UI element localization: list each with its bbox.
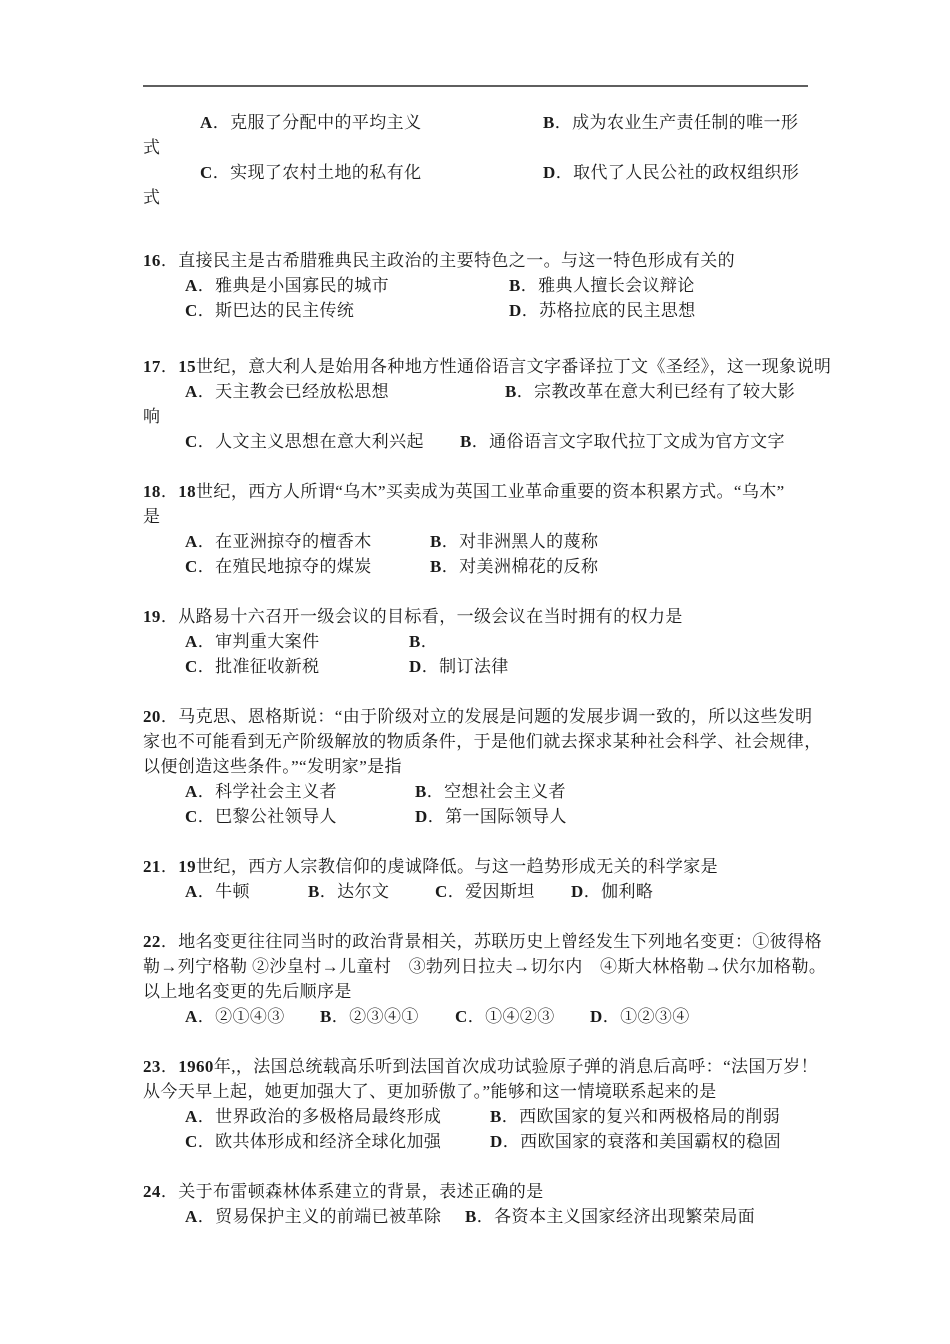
option-a: A．克服了分配中的平均主义 (200, 110, 422, 135)
latin-text: C (435, 882, 448, 901)
latin-text: 24 (143, 1182, 161, 1201)
option-c: C．斯巴达的民主传统 (185, 298, 354, 323)
option-a: A．天主教会已经放松思想 (185, 379, 389, 404)
question-23: 23．1960年,，法国总统载高乐听到法国首次成功试验原子弹的消息后高呼：“法国… (143, 1054, 833, 1154)
exam-page: A．克服了分配中的平均主义B．成为农业生产责任制的唯一形式C．实现了农村土地的私… (0, 0, 950, 1344)
option-c: C．实现了农村土地的私有化 (200, 160, 422, 185)
latin-text: C (185, 657, 198, 676)
latin-text: 20 (143, 707, 161, 726)
option-c: C．巴黎公社领导人 (185, 804, 337, 829)
latin-text: B (409, 632, 421, 651)
latin-text: B (460, 432, 472, 451)
option-d: D．制订法律 (409, 654, 509, 679)
text-line: 23．1960年,，法国总统载高乐听到法国首次成功试验原子弹的消息后高呼：“法国… (143, 1054, 833, 1079)
text-line: 以上地名变更的先后顺序是 (143, 979, 833, 1004)
latin-text: 22 (143, 932, 161, 951)
latin-text: A (185, 1007, 198, 1026)
question-stem-continued: 以上地名变更的先后顺序是 (143, 979, 833, 1004)
option-a: A．科学社会主义者 (185, 779, 337, 804)
text-line: 21．19世纪，西方人宗教信仰的虔诚降低。与这一趋势形成无关的科学家是 (143, 854, 833, 879)
option-b: B．雅典人擅长会议辩论 (509, 273, 695, 298)
question-20: 20．马克思、恩格斯说：“由于阶级对立的发展是问题的发展步调一致的，所以这些发明… (143, 704, 833, 829)
option-a: A．雅典是小国寡民的城市 (185, 273, 389, 298)
text-line: C．斯巴达的民主传统D．苏格拉底的民主思想 (143, 298, 833, 323)
option-d: D．①②③④ (590, 1004, 690, 1029)
latin-text: 18 (178, 482, 196, 501)
question-stem-continued: 家也不可能看到无产阶级解放的物质条件，于是他们就去探求某种社会科学、社会规律， (143, 729, 833, 754)
latin-text: C (185, 557, 198, 576)
option-d: D．第一国际领导人 (415, 804, 567, 829)
latin-text: 23 (143, 1057, 161, 1076)
latin-text: D (571, 882, 584, 901)
latin-text: D (543, 163, 556, 182)
option-d: D．西欧国家的衰落和美国霸权的稳固 (490, 1129, 781, 1154)
text-line: C．欧共体形成和经济全球化加强D．西欧国家的衰落和美国霸权的稳固 (143, 1129, 833, 1154)
option-a: A．贸易保护主义的前端已被革除 (185, 1204, 441, 1229)
text-line: A．在亚洲掠夺的檀香木B．对非洲黑人的蔑称 (143, 529, 833, 554)
option-c: C．人文主义思想在意大利兴起 (185, 429, 424, 454)
latin-text: 16 (143, 251, 161, 270)
question-stem: 21．19世纪，西方人宗教信仰的虔诚降低。与这一趋势形成无关的科学家是 (143, 854, 833, 879)
option-b-continued: 响 (143, 404, 833, 429)
question-22: 22．地名变更往往同当时的政治背景相关，苏联历史上曾经发生下列地名变更：①彼得格… (143, 929, 833, 1029)
latin-text: A (185, 1107, 198, 1126)
option-c: C．①④②③ (455, 1004, 555, 1029)
text-line: A．科学社会主义者B．空想社会主义者 (143, 779, 833, 804)
option-c: C．在殖民地掠夺的煤炭 (185, 554, 372, 579)
latin-text: 19 (143, 607, 161, 626)
question-stem: 18．18世纪，西方人所谓“乌木”买卖成为英国工业革命重要的资本积累方式。“乌木… (143, 479, 833, 504)
text-line: 24．关于布雷顿森林体系建立的背景，表述正确的是 (143, 1179, 833, 1204)
text-line: 22．地名变更往往同当时的政治背景相关，苏联历史上曾经发生下列地名变更：①彼得格 (143, 929, 833, 954)
text-line: A．雅典是小国寡民的城市B．雅典人擅长会议辩论 (143, 273, 833, 298)
latin-text: A (185, 882, 198, 901)
question-stem: 16．直接民主是古希腊雅典民主政治的主要特色之一。与这一特色形成有关的 (143, 248, 833, 273)
latin-text: B (415, 782, 427, 801)
text-line: 家也不可能看到无产阶级解放的物质条件，于是他们就去探求某种社会科学、社会规律， (143, 729, 833, 754)
latin-text: C (185, 432, 198, 451)
option-b: B．达尔文 (308, 879, 389, 904)
latin-text: A (185, 782, 198, 801)
latin-text: C (185, 1132, 198, 1151)
question-stem: 20．马克思、恩格斯说：“由于阶级对立的发展是问题的发展步调一致的，所以这些发明 (143, 704, 833, 729)
latin-text: B (430, 532, 442, 551)
latin-text: 1960 (178, 1057, 214, 1076)
text-line: 18．18世纪，西方人所谓“乌木”买卖成为英国工业革命重要的资本积累方式。“乌木… (143, 479, 833, 504)
option-a: A．世界政治的多极格局最终形成 (185, 1104, 441, 1129)
option-d-continued: 式 (143, 185, 833, 210)
option-b: B．对非洲黑人的蔑称 (430, 529, 598, 554)
text-line: 17．15世纪，意大利人是始用各种地方性通俗语言文字番译拉丁文《圣经》，这一现象… (143, 354, 833, 379)
latin-text: B (320, 1007, 332, 1026)
latin-text: B (509, 276, 521, 295)
option-b: B．各资本主义国家经济出现繁荣局面 (465, 1204, 755, 1229)
text-line: 是 (143, 504, 833, 529)
latin-text: B (308, 882, 320, 901)
latin-text: A (185, 1207, 198, 1226)
option-a: A．②①④③ (185, 1004, 285, 1029)
text-line: A．牛顿B．达尔文C．爱因斯坦D．伽利略 (143, 879, 833, 904)
option-b: B．②③④① (320, 1004, 419, 1029)
latin-text: 17 (143, 357, 161, 376)
text-line: C．在殖民地掠夺的煤炭B．对美洲棉花的反称 (143, 554, 833, 579)
question-stem: 23．1960年,，法国总统载高乐听到法国首次成功试验原子弹的消息后高呼：“法国… (143, 1054, 833, 1079)
option-a: A．审判重大案件 (185, 629, 320, 654)
latin-text: 21 (143, 857, 161, 876)
question-21: 21．19世纪，西方人宗教信仰的虔诚降低。与这一趋势形成无关的科学家是A．牛顿B… (143, 854, 833, 904)
question-stem: 19．从路易十六召开一级会议的目标看，一级会议在当时拥有的权力是 (143, 604, 833, 629)
latin-text: D (409, 657, 422, 676)
latin-text: B (505, 382, 517, 401)
top-divider (143, 85, 808, 87)
text-line: 式 (143, 185, 833, 210)
option-b: B．成为农业生产责任制的唯一形 (543, 110, 798, 135)
question-stem: 22．地名变更往往同当时的政治背景相关，苏联历史上曾经发生下列地名变更：①彼得格 (143, 929, 833, 954)
text-line: 响 (143, 404, 833, 429)
option-c: C．欧共体形成和经济全球化加强 (185, 1129, 441, 1154)
text-line: 20．马克思、恩格斯说：“由于阶级对立的发展是问题的发展步调一致的，所以这些发明 (143, 704, 833, 729)
latin-text: D (415, 807, 428, 826)
latin-text: D (509, 301, 522, 320)
option-d: B．对美洲棉花的反称 (430, 554, 598, 579)
latin-text: C (185, 807, 198, 826)
latin-text: A (185, 532, 198, 551)
latin-text: A (185, 276, 198, 295)
question-17: 17．15世纪，意大利人是始用各种地方性通俗语言文字番译拉丁文《圣经》，这一现象… (143, 354, 833, 454)
latin-text: D (590, 1007, 603, 1026)
question-stem-continued: 勒→列宁格勒 ②沙皇村→儿童村 ③勃列日拉夫→切尔内 ④斯大林格勒→伏尔加格勒。 (143, 954, 833, 979)
option-a: A．牛顿 (185, 879, 250, 904)
latin-text: A (185, 382, 198, 401)
question-15-options-partial: A．克服了分配中的平均主义B．成为农业生产责任制的唯一形式C．实现了农村土地的私… (143, 110, 833, 210)
question-stem: 24．关于布雷顿森林体系建立的背景，表述正确的是 (143, 1179, 833, 1204)
text-line: 式 (143, 135, 833, 160)
question-stem-continued: 从今天早上起，她更加强大了、更加骄傲了。”能够和这一情境联系起来的是 (143, 1079, 833, 1104)
question-stem-continued: 是 (143, 504, 833, 529)
option-c: C．爱因斯坦 (435, 879, 535, 904)
latin-text: D (490, 1132, 503, 1151)
latin-text: 18 (143, 482, 161, 501)
text-line: 勒→列宁格勒 ②沙皇村→儿童村 ③勃列日拉夫→切尔内 ④斯大林格勒→伏尔加格勒。 (143, 954, 833, 979)
question-list: A．克服了分配中的平均主义B．成为农业生产责任制的唯一形式C．实现了农村土地的私… (143, 110, 833, 1254)
text-line: A．世界政治的多极格局最终形成B．西欧国家的复兴和两极格局的削弱 (143, 1104, 833, 1129)
latin-text: B (490, 1107, 502, 1126)
latin-text: 19 (178, 857, 196, 876)
latin-text: C (455, 1007, 468, 1026)
text-line: 从今天早上起，她更加强大了、更加骄傲了。”能够和这一情境联系起来的是 (143, 1079, 833, 1104)
text-line: A．克服了分配中的平均主义B．成为农业生产责任制的唯一形 (143, 110, 833, 135)
text-line: 19．从路易十六召开一级会议的目标看，一级会议在当时拥有的权力是 (143, 604, 833, 629)
option-d: D．苏格拉底的民主思想 (509, 298, 696, 323)
text-line: A．贸易保护主义的前端已被革除B．各资本主义国家经济出现繁荣局面 (143, 1204, 833, 1229)
latin-text: B (430, 557, 442, 576)
latin-text: A (200, 113, 213, 132)
text-line: 以便创造这些条件。”“发明家”是指 (143, 754, 833, 779)
text-line: C．巴黎公社领导人D．第一国际领导人 (143, 804, 833, 829)
latin-text: B (543, 113, 555, 132)
text-line: C．批准征收新税D．制订法律 (143, 654, 833, 679)
latin-text: 15 (178, 357, 196, 376)
question-stem: 17．15世纪，意大利人是始用各种地方性通俗语言文字番译拉丁文《圣经》，这一现象… (143, 354, 833, 379)
option-b-continued: 式 (143, 135, 833, 160)
text-line: A．审判重大案件B． (143, 629, 833, 654)
option-d: B．通俗语言文字取代拉丁文成为官方文字 (460, 429, 785, 454)
option-b: B．西欧国家的复兴和两极格局的削弱 (490, 1104, 780, 1129)
question-19: 19．从路易十六召开一级会议的目标看，一级会议在当时拥有的权力是A．审判重大案件… (143, 604, 833, 679)
option-d: D．取代了人民公社的政权组织形 (543, 160, 799, 185)
text-line: A．天主教会已经放松思想B．宗教改革在意大利已经有了较大影 (143, 379, 833, 404)
option-c: C．批准征收新税 (185, 654, 320, 679)
question-16: 16．直接民主是古希腊雅典民主政治的主要特色之一。与这一特色形成有关的A．雅典是… (143, 248, 833, 323)
latin-text: A (185, 632, 198, 651)
question-stem-continued: 以便创造这些条件。”“发明家”是指 (143, 754, 833, 779)
option-b: B． (409, 629, 438, 654)
latin-text: B (465, 1207, 477, 1226)
latin-text: C (185, 301, 198, 320)
option-a: A．在亚洲掠夺的檀香木 (185, 529, 372, 554)
question-24: 24．关于布雷顿森林体系建立的背景，表述正确的是A．贸易保护主义的前端已被革除B… (143, 1179, 833, 1229)
text-line: 16．直接民主是古希腊雅典民主政治的主要特色之一。与这一特色形成有关的 (143, 248, 833, 273)
latin-text: C (200, 163, 213, 182)
option-d: D．伽利略 (571, 879, 653, 904)
option-b: B．宗教改革在意大利已经有了较大影 (505, 379, 795, 404)
text-line: C．人文主义思想在意大利兴起B．通俗语言文字取代拉丁文成为官方文字 (143, 429, 833, 454)
option-b: B．空想社会主义者 (415, 779, 566, 804)
question-18: 18．18世纪，西方人所谓“乌木”买卖成为英国工业革命重要的资本积累方式。“乌木… (143, 479, 833, 579)
text-line: C．实现了农村土地的私有化D．取代了人民公社的政权组织形 (143, 160, 833, 185)
text-line: A．②①④③B．②③④①C．①④②③D．①②③④ (143, 1004, 833, 1029)
